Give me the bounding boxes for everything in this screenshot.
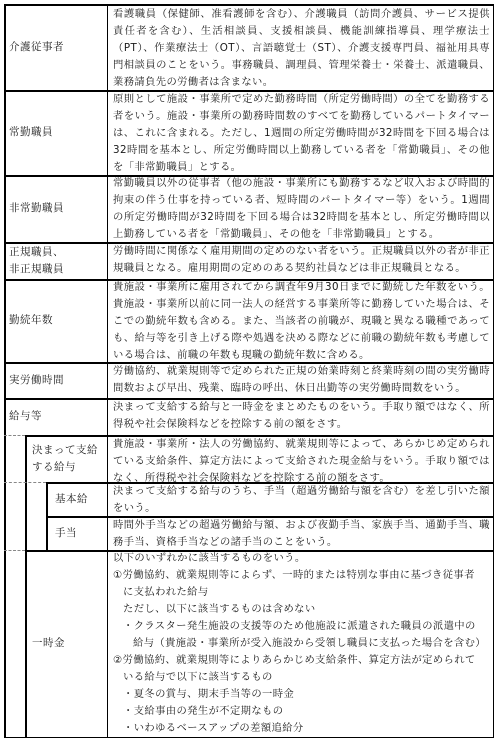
term-description: 決まって支給する給与のうち、手当（超過労働給与額を含む）を差し引いた額をいう。 bbox=[107, 482, 494, 516]
table-row: 手当 時間外手当などの超過労働給与額、および夜勤手当、家族手当、通勤手当、職務手… bbox=[4, 516, 494, 550]
term-label: 非常勤職員 bbox=[4, 175, 107, 242]
glossary-table: 介護従事者 看護職員（保健師、准看護師を含む）、介護職員（訪問介護員、サービス提… bbox=[4, 4, 494, 738]
table-row: 一時金 以下のいずれかに該当するものをいう。 ①労働協約、就業規則等によらず、一… bbox=[4, 550, 494, 737]
term-description: 時間外手当などの超過労働給与額、および夜勤手当、家族手当、通勤手当、職務手当、資… bbox=[107, 516, 494, 550]
table-row: 基本給 決まって支給する給与のうち、手当（超過労働給与額を含む）を差し引いた額を… bbox=[4, 482, 494, 516]
desc-line: ①労働協約、就業規則等によらず、一時的または特別な事由に基づき従事者 bbox=[113, 567, 490, 584]
table-row: 常勤職員 原則として施設・事業所で定めた勤務時間（所定労働時間）の全てを勤務する… bbox=[4, 90, 494, 175]
desc-line: ・クラスター発生施設の支援等のため他施設に派遣された職員の派遣中の bbox=[113, 618, 490, 635]
table-row: 決まって支給 する給与 貴施設・事業所・法人の労働協約、就業規則等によって、あら… bbox=[4, 435, 494, 482]
desc-line: ただし、以下に該当するものは含めない bbox=[113, 601, 490, 618]
desc-line: いる給与で以下に該当するもの bbox=[113, 669, 490, 686]
desc-line: 以下のいずれかに該当するものをいう。 bbox=[113, 550, 490, 567]
term-label: 給与等 bbox=[4, 398, 107, 435]
term-description: 貴施設・事業所に雇用されてから調査年9月30日までに勤続した年数をいう。貴施設・… bbox=[107, 279, 494, 362]
term-label: 一時金 bbox=[26, 550, 107, 737]
desc-line: ・夏冬の賞与、期末手当等の一時金 bbox=[113, 686, 490, 703]
desc-line: 給与（貴施設・事業所が受入施設から受領し職員に支払った場合を含む） bbox=[113, 635, 490, 652]
term-label: 常勤職員 bbox=[4, 90, 107, 175]
term-label: 介護従事者 bbox=[4, 4, 107, 90]
term-label: 実労働時間 bbox=[4, 362, 107, 398]
term-description: 以下のいずれかに該当するものをいう。 ①労働協約、就業規則等によらず、一時的また… bbox=[107, 550, 494, 737]
term-description: 決まって支給する給与と一時金をまとめたものをいう。手取り額ではなく、所得税や社会… bbox=[107, 398, 494, 435]
table-row: 正規職員、 非正規職員 労働時間に関係なく雇用期間の定めのない者をいう。正規職員… bbox=[4, 242, 494, 279]
table-row: 勤続年数 貴施設・事業所に雇用されてから調査年9月30日までに勤続した年数をいう… bbox=[4, 279, 494, 362]
desc-line: ・支給事由の発生が不定期なもの bbox=[113, 703, 490, 720]
term-description: 常勤職員以外の従事者（他の施設・事業所にも勤務するなど収入および時間的拘束の伴う… bbox=[107, 175, 494, 242]
table-row: 実労働時間 労働協約、就業規則等で定められた正規の始業時刻と終業時刻の間の実労働… bbox=[4, 362, 494, 398]
term-label: 正規職員、 非正規職員 bbox=[4, 242, 107, 279]
term-description: 原則として施設・事業所で定めた勤務時間（所定労働時間）の全てを勤務する者をいう。… bbox=[107, 90, 494, 175]
table-row: 介護従事者 看護職員（保健師、准看護師を含む）、介護職員（訪問介護員、サービス提… bbox=[4, 4, 494, 90]
table-row: 非常勤職員 常勤職員以外の従事者（他の施設・事業所にも勤務するなど収入および時間… bbox=[4, 175, 494, 242]
term-description: 労働協約、就業規則等で定められた正規の始業時刻と終業時刻の間の実労働時間数および… bbox=[107, 362, 494, 398]
term-label: 手当 bbox=[47, 516, 107, 550]
table-row: 給与等 決まって支給する給与と一時金をまとめたものをいう。手取り額ではなく、所得… bbox=[4, 398, 494, 435]
term-description: 労働時間に関係なく雇用期間の定めのない者をいう。正規職員以外の者が非正規職員とな… bbox=[107, 242, 494, 279]
desc-line: ・いわゆるベースアップの差額追給分 bbox=[113, 720, 490, 737]
term-description: 貴施設・事業所・法人の労働協約、就業規則等によって、あらかじめ定められている支給… bbox=[107, 435, 494, 482]
desc-line: ②労働協約、就業規則等によりあらかじめ支給条件、算定方法が定められて bbox=[113, 652, 490, 669]
desc-line: に支払われた給与 bbox=[113, 584, 490, 601]
term-description: 看護職員（保健師、准看護師を含む）、介護職員（訪問介護員、サービス提供責任者を含… bbox=[107, 4, 494, 90]
term-label: 決まって支給 する給与 bbox=[26, 435, 107, 482]
term-label: 基本給 bbox=[47, 482, 107, 516]
term-label: 勤続年数 bbox=[4, 279, 107, 362]
